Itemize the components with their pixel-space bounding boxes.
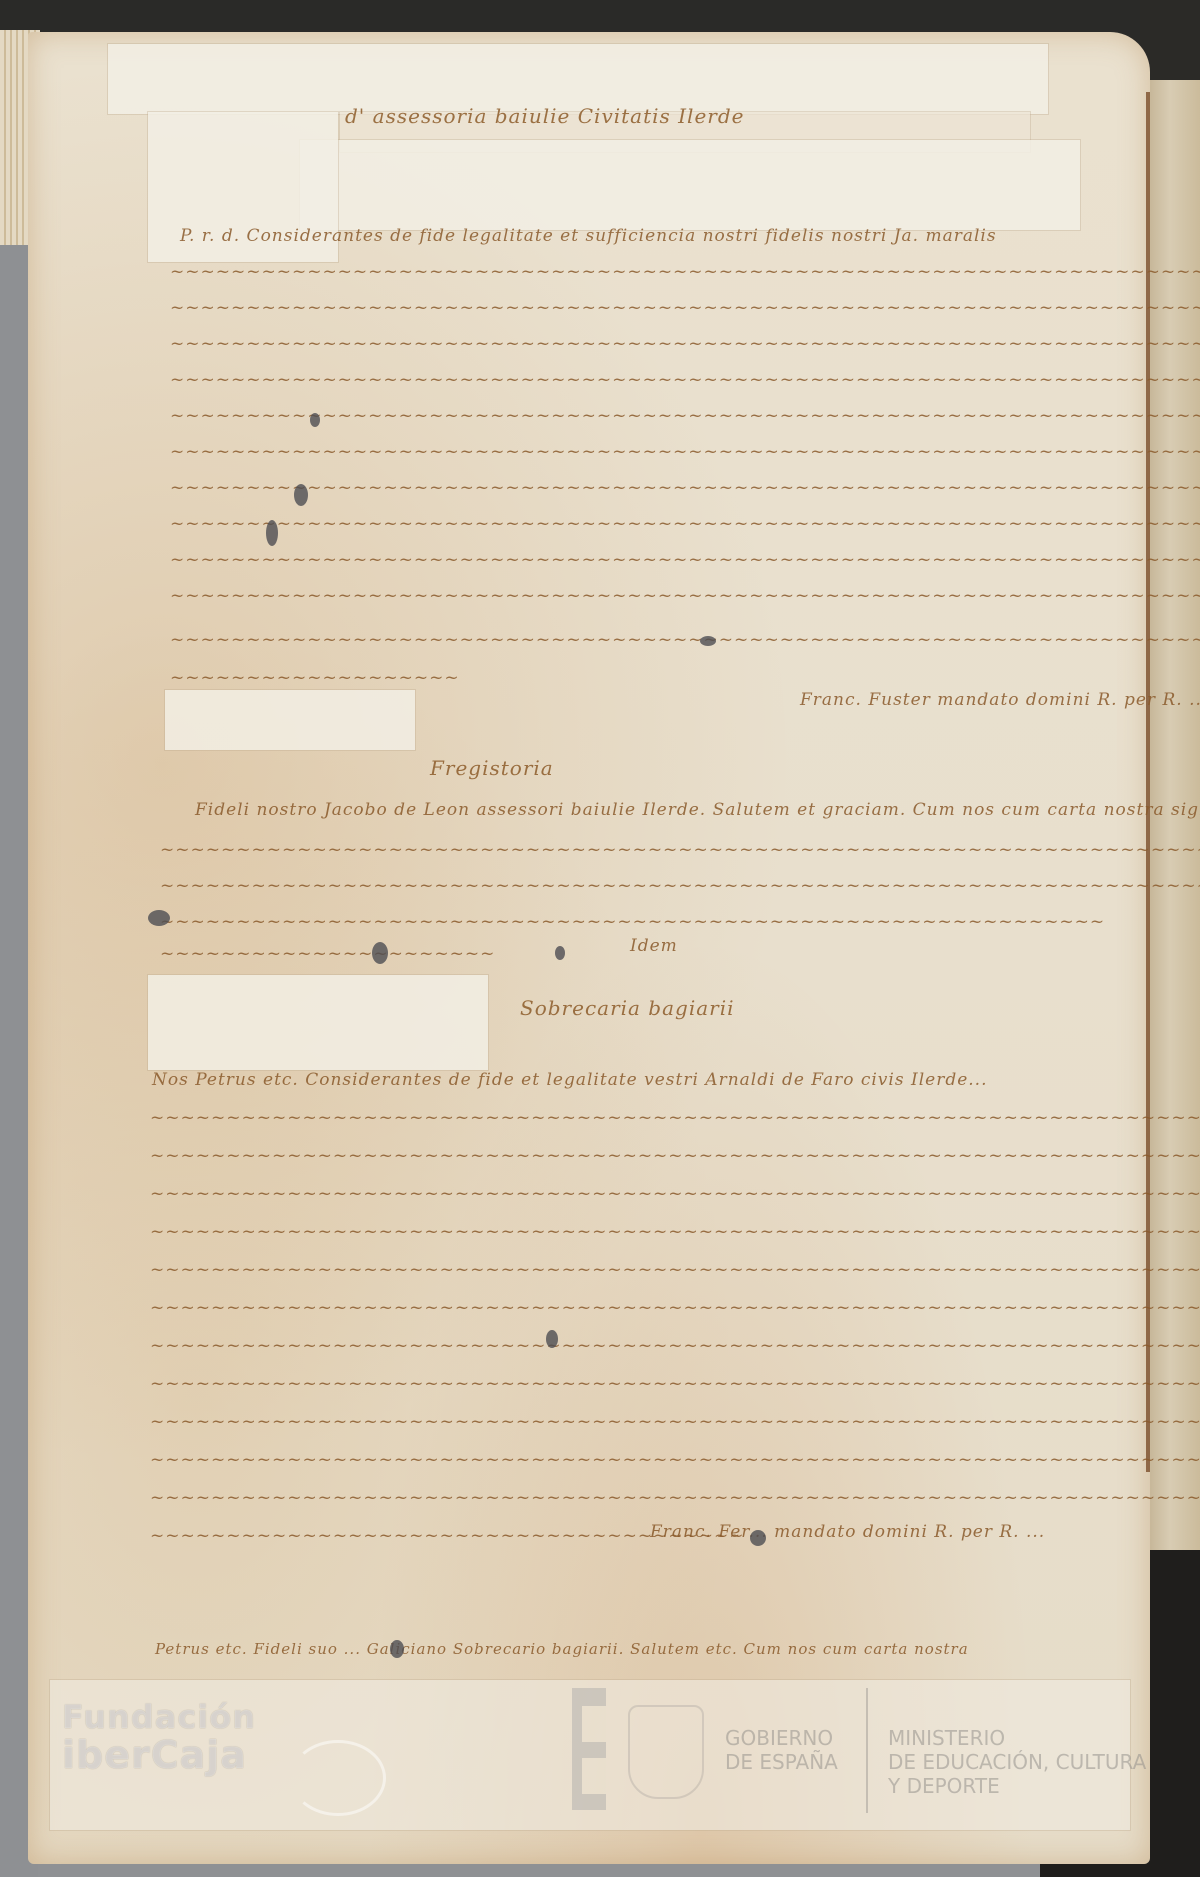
paste-strip-mid: [165, 690, 415, 750]
ink-blot: [148, 910, 170, 926]
paste-strip-blank: [300, 140, 1080, 230]
manuscript-text-line: ~~~~~~~~~~~~~~~~~~~~~~~~~~~~~~~~~~~~~~~~…: [170, 334, 1200, 354]
ibercaja-swirl-icon: [290, 1740, 386, 1816]
manuscript-text-line: ~~~~~~~~~~~~~~~~~~~~~~~~~~~~~~~~~~~~~~~~…: [170, 262, 1200, 282]
manuscript-text-line: ~~~~~~~~~~~~~~~~~~~~~~~~~~~~~~~~~~~~~~~~…: [170, 370, 1200, 390]
manuscript-text-line: ~~~~~~~~~~~~~~~~~~~~~~~~~~~~~~~~~~~~~~~~…: [150, 1108, 1200, 1128]
manuscript-text-line: ~~~~~~~~~~~~~~~~~~~~~~~~~~~~~~~~~~~~~~~~…: [170, 442, 1200, 462]
gobierno-line-1: GOBIERNO: [725, 1726, 838, 1750]
manuscript-text-line: ~~~~~~~~~~~~~~~~~~~~~~~~~~~~~~~~~~~~~~~~…: [170, 586, 1200, 606]
section-2-first-line: Fideli nostro Jacobo de Leon assessori b…: [195, 800, 1200, 820]
manuscript-text-line: ~~~~~~~~~~~~~~~~~~~~~~~~~~~~~~~~~~~~~~~~…: [170, 298, 1200, 318]
manuscript-text-line: ~~~~~~~~~~~~~~~~~~~~~~~~~~~~~~~~~~~~~~~~…: [150, 1260, 1200, 1280]
ministerio-line-2: DE EDUCACIÓN, CULTURA: [888, 1750, 1146, 1774]
ink-blot: [390, 1640, 404, 1658]
ink-blot: [310, 413, 320, 427]
manuscript-text-line: ~~~~~~~~~~~~~~~~~~~~~~~~~~~~~~~~~~~~~~~~…: [170, 550, 1200, 570]
section-2-heading: Fregistoria: [430, 756, 554, 780]
ink-blot: [555, 946, 565, 960]
gobierno-line-2: DE ESPAÑA: [725, 1750, 838, 1774]
ministerio-line-1: MINISTERIO: [888, 1726, 1146, 1750]
manuscript-text-line: ~~~~~~~~~~~~~~~~~~~~~~~~~~~~~~~~~~~~~~~~…: [160, 876, 1200, 896]
ink-blot: [750, 1530, 766, 1546]
manuscript-text-line: ~~~~~~~~~~~~~~~~~~~~~~~~~~~~~~~~~~~~~~~~…: [150, 1450, 1200, 1470]
manuscript-text-line: ~~~~~~~~~~~~~~~~~~~~~~~~~~~~~~~~~~~~~~~~…: [170, 478, 1200, 498]
section-3-signature: Franc. Fer... mandato domini R. per R. .…: [650, 1522, 1045, 1542]
spain-flag-icon: [572, 1688, 606, 1810]
manuscript-text-line: ~~~~~~~~~~~~~~~~~~~~~~~~~~~~~~~~~~~~~~~~…: [150, 1184, 1200, 1204]
ministerio-label: MINISTERIO DE EDUCACIÓN, CULTURA Y DEPOR…: [888, 1726, 1146, 1798]
watermark-divider: [866, 1688, 868, 1813]
ink-blot: [546, 1330, 558, 1348]
section-1-first-line: P. r. d. Considerantes de fide legalitat…: [180, 226, 997, 246]
section-3-heading: Sobrecaria bagiarii: [520, 996, 735, 1020]
ministerio-line-3: Y DEPORTE: [888, 1774, 1146, 1798]
manuscript-text-line: ~~~~~~~~~~~~~~~~~~~~~~~~~~~~~~~~~~~~~~~~…: [150, 1146, 1200, 1166]
manuscript-text-line: ~~~~~~~~~~~~~~~~~~~~~~~~~~~~~~~~~~~~~~~~…: [150, 1412, 1200, 1432]
ibercaja-label: iberCaja: [62, 1736, 256, 1774]
manuscript-text-line: ~~~~~~~~~~~~~~~~~~~~~~~~~~~~~~~~~~~~~~~~…: [160, 912, 1105, 932]
manuscript-text-line: ~~~~~~~~~~~~~~~~~~~~~~~~~~~~~~~~~~~~~~~~…: [150, 1488, 1200, 1508]
ink-blot: [700, 636, 716, 646]
manuscript-text-line: ~~~~~~~~~~~~~~~~~~~~~~~~~~~~~~~~~~~~~~~~…: [150, 1298, 1200, 1318]
spain-coat-of-arms-icon: [628, 1705, 704, 1799]
paste-strip-lower: [148, 975, 488, 1070]
section-3-first-line: Nos Petrus etc. Considerantes de fide et…: [152, 1070, 987, 1090]
manuscript-text-line: ~~~~~~~~~~~~~~~~~~~~~~~~~~~~~~~~~~~~~~~~…: [150, 1374, 1200, 1394]
gobierno-espana-label: GOBIERNO DE ESPAÑA: [725, 1726, 838, 1774]
manuscript-text-line: ~~~~~~~~~~~~~~~~~~~: [170, 668, 460, 688]
manuscript-text-line: ~~~~~~~~~~~~~~~~~~~~~~~~~~~~~~~~~~~~~~~~…: [150, 1336, 1200, 1356]
manuscript-text-line: ~~~~~~~~~~~~~~~~~~~~~~~~~~~~~~~~~~~~~~~~…: [170, 514, 1200, 534]
manuscript-top-heading: d' assessoria baiulie Civitatis Ilerde: [345, 104, 744, 128]
section-1-signature: Franc. Fuster mandato domini R. per R. .…: [800, 690, 1200, 710]
manuscript-text-line: ~~~~~~~~~~~~~~~~~~~~~~: [160, 944, 495, 964]
manuscript-text-line: ~~~~~~~~~~~~~~~~~~~~~~~~~~~~~~~~~~~~~~~~…: [170, 406, 1200, 426]
section-2-signature: Idem: [630, 936, 678, 956]
section-4-first-line: Petrus etc. Fideli suo ... Galiciano Sob…: [155, 1640, 969, 1658]
fundacion-label: Fundación: [62, 1698, 256, 1736]
ink-blot: [294, 484, 308, 506]
fundacion-ibercaja-logo: Fundación iberCaja: [62, 1698, 256, 1774]
manuscript-text-line: ~~~~~~~~~~~~~~~~~~~~~~~~~~~~~~~~~~~~~~~~…: [150, 1222, 1200, 1242]
ink-blot: [372, 942, 388, 964]
manuscript-text-line: ~~~~~~~~~~~~~~~~~~~~~~~~~~~~~~~~~~~~~~~~…: [170, 630, 1200, 650]
ink-blot: [266, 520, 278, 546]
manuscript-text-line: ~~~~~~~~~~~~~~~~~~~~~~~~~~~~~~~~~~~~~~~~…: [160, 840, 1200, 860]
